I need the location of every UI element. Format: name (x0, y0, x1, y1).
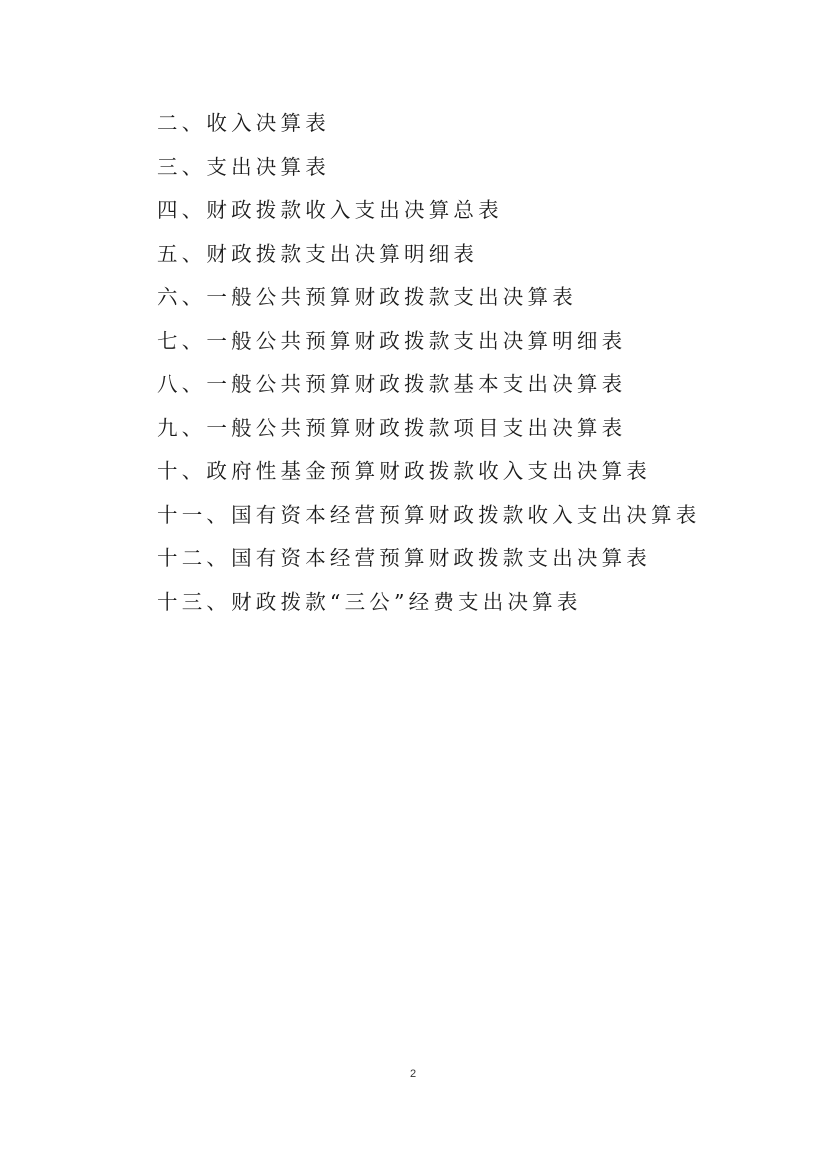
toc-item: 五、财政拨款支出决算明细表 (157, 239, 700, 283)
toc-item: 二、收入决算表 (157, 108, 700, 152)
toc-item: 八、一般公共预算财政拨款基本支出决算表 (157, 369, 700, 413)
toc-item: 十一、国有资本经营预算财政拨款收入支出决算表 (157, 500, 700, 544)
toc-item: 十、政府性基金预算财政拨款收入支出决算表 (157, 456, 700, 500)
toc-item: 四、财政拨款收入支出决算总表 (157, 195, 700, 239)
toc-item: 三、支出决算表 (157, 152, 700, 196)
toc-item: 十二、国有资本经营预算财政拨款支出决算表 (157, 543, 700, 587)
toc-item: 七、一般公共预算财政拨款支出决算明细表 (157, 326, 700, 370)
page-number: 2 (0, 1068, 826, 1080)
toc-item: 六、一般公共预算财政拨款支出决算表 (157, 282, 700, 326)
toc-item: 十三、财政拨款“三公”经费支出决算表 (157, 587, 700, 631)
table-of-contents-list: 二、收入决算表 三、支出决算表 四、财政拨款收入支出决算总表 五、财政拨款支出决… (157, 108, 700, 630)
toc-item: 九、一般公共预算财政拨款项目支出决算表 (157, 413, 700, 457)
